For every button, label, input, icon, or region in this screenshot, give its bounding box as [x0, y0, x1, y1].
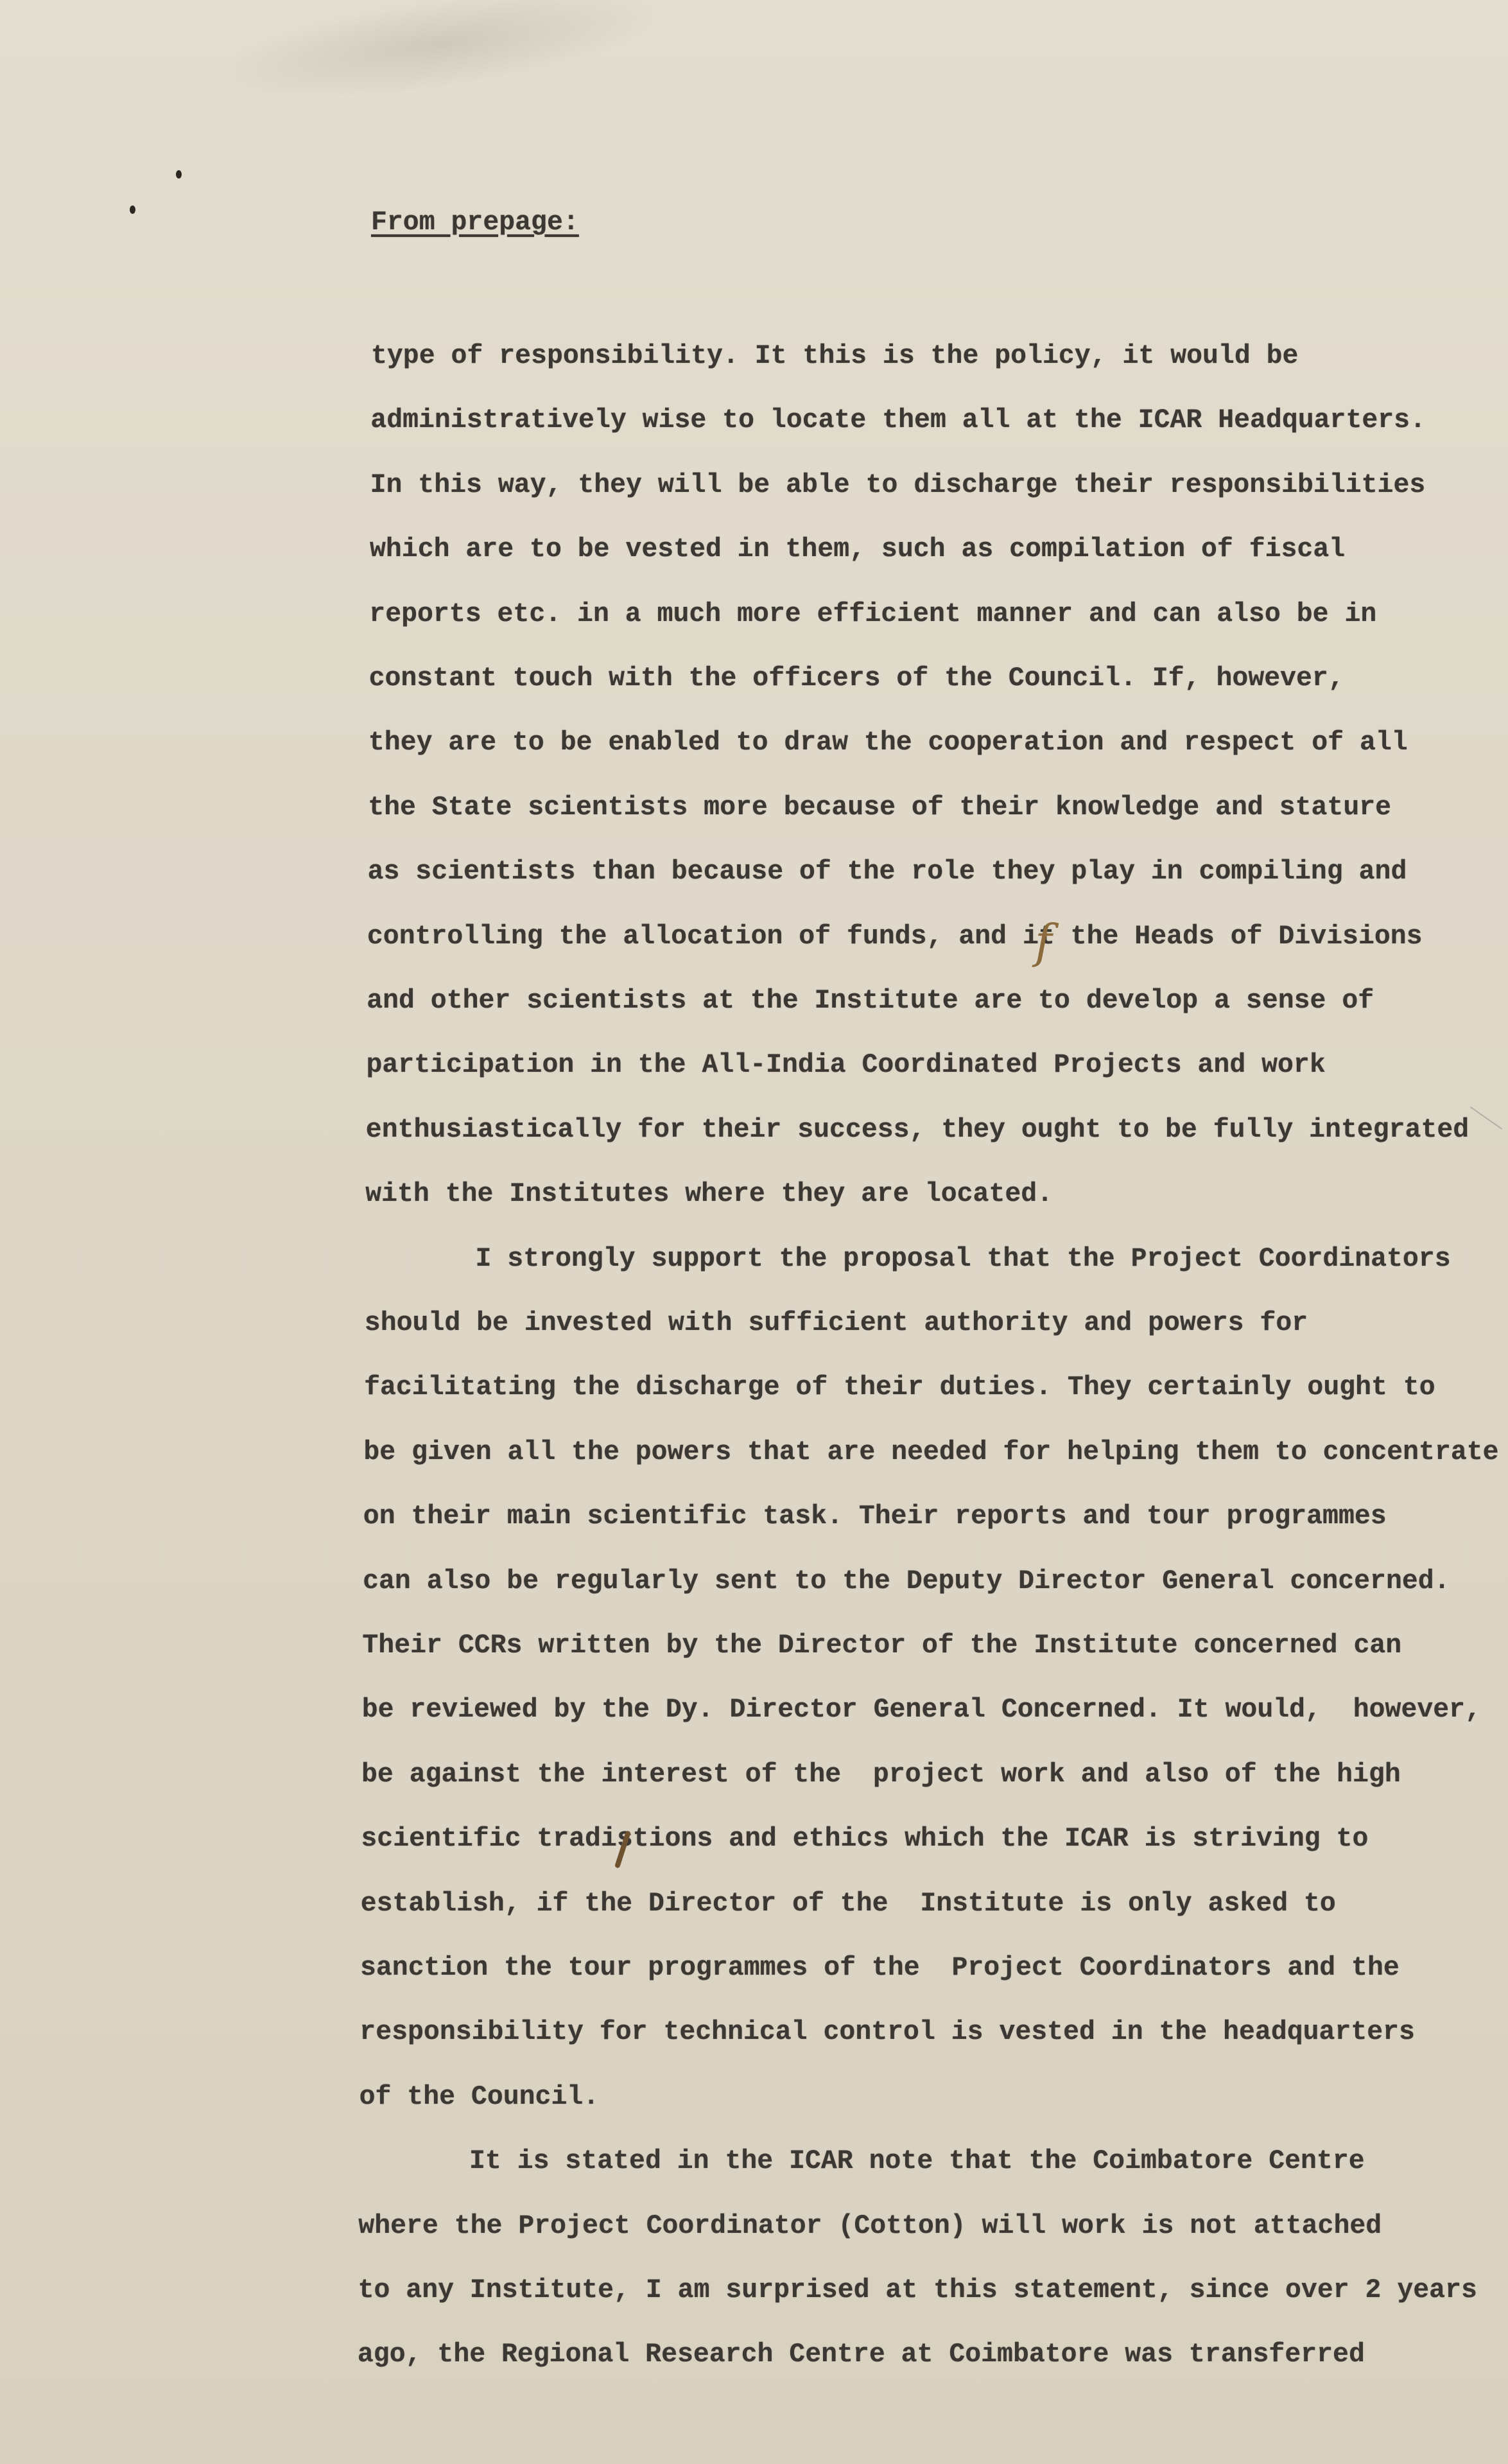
text-line: the State scientists more because of the… — [368, 794, 1391, 821]
text-line: administratively wise to locate them all… — [370, 407, 1426, 434]
text-line: as scientists than because of the role t… — [368, 859, 1407, 886]
text-line: on their main scientific task. Their rep… — [363, 1503, 1387, 1530]
text-line: Their CCRs written by the Director of th… — [362, 1632, 1401, 1659]
text-line: and other scientists at the Institute ar… — [367, 988, 1374, 1015]
text-line: constant touch with the officers of the … — [369, 665, 1344, 692]
text-line: controlling the allocation of funds, and… — [367, 923, 1423, 950]
text-line: be against the interest of the project w… — [361, 1761, 1401, 1788]
text-line: scientific tradistions and ethics which … — [361, 1826, 1368, 1853]
text-line: be reviewed by the Dy. Director General … — [362, 1697, 1481, 1724]
text-line: sanction the tour programmes of the Proj… — [360, 1955, 1400, 1982]
text-line: facilitating the discharge of their duti… — [364, 1374, 1435, 1401]
text-line: participation in the All-India Coordinat… — [367, 1052, 1326, 1079]
handwritten-f-correction: f — [1035, 918, 1052, 965]
text-line: with the Institutes where they are locat… — [365, 1181, 1053, 1208]
paragraph-first-line: I strongly support the proposal that the… — [476, 1246, 1451, 1273]
text-line: enthusiastically for their success, they… — [366, 1117, 1469, 1144]
text-line: of the Council. — [360, 2084, 600, 2111]
text-line: reports etc. in a much more efficient ma… — [369, 601, 1376, 628]
text-line: they are to be enabled to draw the coope… — [368, 730, 1408, 756]
text-line: establish, if the Director of the Instit… — [361, 1891, 1336, 1918]
text-line: which are to be vested in them, such as … — [370, 536, 1345, 563]
text-line: can also be regularly sent to the Deputy… — [363, 1568, 1450, 1595]
text-line: should be invested with sufficient autho… — [365, 1310, 1308, 1337]
text-line: responsibility for technical control is … — [360, 2019, 1415, 2046]
page-heading: From prepage: — [371, 209, 579, 236]
text-line: to any Institute, I am surprised at this… — [358, 2277, 1477, 2304]
text-line: where the Project Coordinator (Cotton) w… — [358, 2213, 1382, 2240]
typed-letter-page: From prepage: type of responsibility. It… — [0, 0, 1508, 2464]
paragraph-first-line: It is stated in the ICAR note that the C… — [469, 2148, 1365, 2175]
text-line: be given all the powers that are needed … — [363, 1439, 1498, 1466]
text-line: ago, the Regional Research Centre at Coi… — [358, 2341, 1365, 2368]
text-line: type of responsibility. It this is the p… — [371, 343, 1298, 370]
text-line: In this way, they will be able to discha… — [370, 472, 1426, 499]
